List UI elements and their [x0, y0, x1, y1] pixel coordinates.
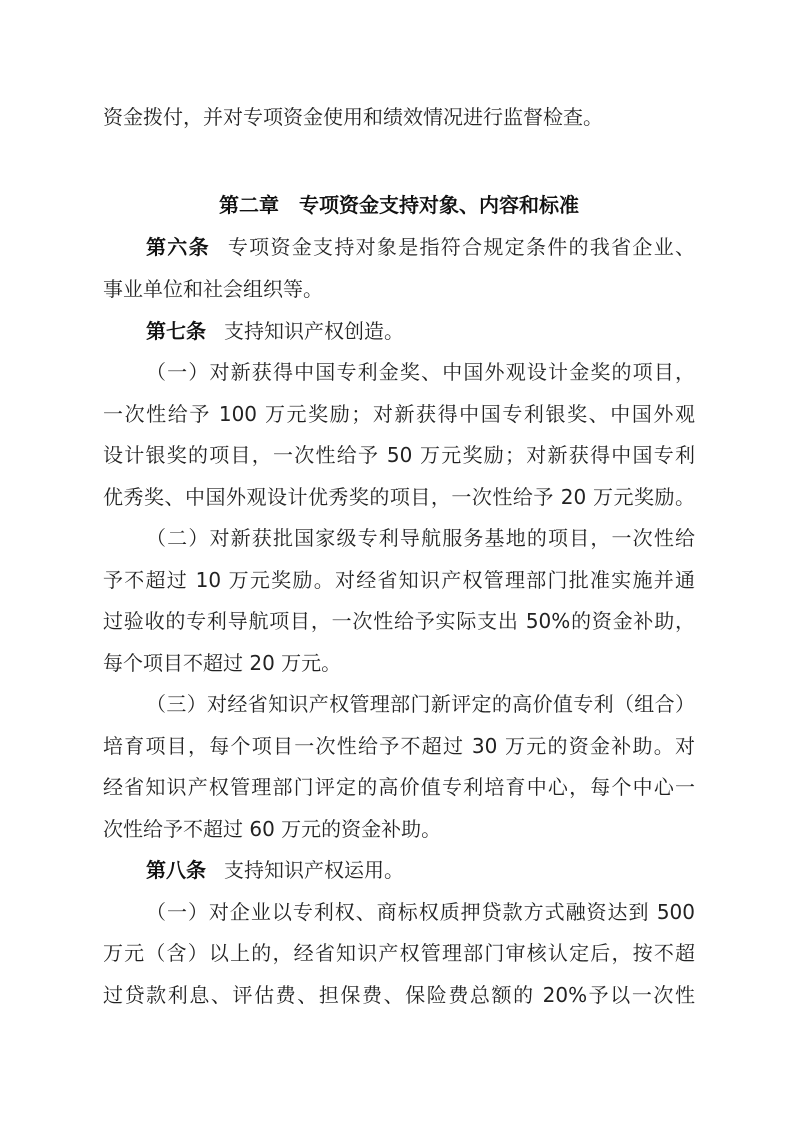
- paragraph-text: 资金拨付，并对专项资金使用和绩效情况进行监督检查。: [103, 105, 603, 129]
- item-text: 经省知识产权管理部门评定的高价值专利培育中心，每个中心一: [103, 775, 695, 799]
- paragraph-continuation: 资金拨付，并对专项资金使用和绩效情况进行监督检查。: [103, 103, 695, 131]
- article-8-line-1: 第八条支持知识产权运用。: [103, 856, 695, 884]
- article-8-label: 第八条: [146, 858, 206, 882]
- item-text: 每个项目不超过 20 万元。: [103, 651, 341, 675]
- chapter-heading: 第二章 专项资金支持对象、内容和标准: [103, 191, 695, 219]
- article-7-item-1-line-1: （一）对新获得中国专利金奖、中国外观设计金奖的项目，: [103, 358, 695, 386]
- item-text: 一次性给予 100 万元奖励；对新获得中国专利银奖、中国外观: [103, 402, 695, 426]
- article-8-item-1-line-2: 万元（含）以上的，经省知识产权管理部门审核认定后，按不超: [103, 939, 695, 967]
- chapter-title: 第二章 专项资金支持对象、内容和标准: [219, 193, 579, 217]
- article-7-item-2-line-2: 予不超过 10 万元奖励。对经省知识产权管理部门批准实施并通: [103, 566, 695, 594]
- article-7-item-3-line-2: 培育项目，每个项目一次性给予不超过 30 万元的资金补助。对: [103, 732, 695, 760]
- article-7-item-2-line-3: 过验收的专利导航项目，一次性给予实际支出 50%的资金补助，: [103, 607, 695, 635]
- article-7-item-3-line-4: 次性给予不超过 60 万元的资金补助。: [103, 815, 695, 843]
- item-text: 次性给予不超过 60 万元的资金补助。: [103, 817, 441, 841]
- article-7-item-3-line-3: 经省知识产权管理部门评定的高价值专利培育中心，每个中心一: [103, 773, 695, 801]
- item-text: （二）对新获批国家级专利导航服务基地的项目，一次性给: [146, 526, 695, 550]
- article-7-line-1: 第七条支持知识产权创造。: [103, 317, 695, 345]
- article-7-item-1-line-2: 一次性给予 100 万元奖励；对新获得中国专利银奖、中国外观: [103, 400, 695, 428]
- item-text: （三）对经省知识产权管理部门新评定的高价值专利（组合）: [146, 692, 695, 716]
- article-6-label: 第六条: [146, 235, 210, 259]
- item-text: （一）对企业以专利权、商标权质押贷款方式融资达到 500: [146, 900, 695, 924]
- item-text: 过验收的专利导航项目，一次性给予实际支出 50%的资金补助，: [103, 609, 695, 633]
- item-text: 设计银奖的项目，一次性给予 50 万元奖励；对新获得中国专利: [103, 443, 695, 467]
- article-7-item-1-line-4: 优秀奖、中国外观设计优秀奖的项目，一次性给予 20 万元奖励。: [103, 483, 695, 511]
- article-7-text: 支持知识产权创造。: [224, 319, 404, 343]
- item-text: 予不超过 10 万元奖励。对经省知识产权管理部门批准实施并通: [103, 568, 695, 592]
- item-text: 万元（含）以上的，经省知识产权管理部门审核认定后，按不超: [103, 941, 695, 965]
- article-7-item-1-line-3: 设计银奖的项目，一次性给予 50 万元奖励；对新获得中国专利: [103, 441, 695, 469]
- article-6-line-2: 事业单位和社会组织等。: [103, 275, 695, 303]
- article-7-item-3-line-1: （三）对经省知识产权管理部门新评定的高价值专利（组合）: [103, 690, 695, 718]
- item-text: 优秀奖、中国外观设计优秀奖的项目，一次性给予 20 万元奖励。: [103, 485, 695, 509]
- article-7-label: 第七条: [146, 319, 206, 343]
- article-6-text: 专项资金支持对象是指符合规定条件的我省企业、: [228, 235, 695, 259]
- article-8-item-1-line-3: 过贷款利息、评估费、担保费、保险费总额的 20%予以一次性: [103, 981, 695, 1009]
- article-7-item-2-line-4: 每个项目不超过 20 万元。: [103, 649, 695, 677]
- article-8-text: 支持知识产权运用。: [224, 858, 404, 882]
- item-text: 过贷款利息、评估费、担保费、保险费总额的 20%予以一次性: [103, 983, 695, 1007]
- item-text: （一）对新获得中国专利金奖、中国外观设计金奖的项目，: [146, 360, 695, 384]
- article-7-item-2-line-1: （二）对新获批国家级专利导航服务基地的项目，一次性给: [103, 524, 695, 552]
- article-8-item-1-line-1: （一）对企业以专利权、商标权质押贷款方式融资达到 500: [103, 898, 695, 926]
- article-6-text-cont: 事业单位和社会组织等。: [103, 277, 323, 301]
- article-6-line-1: 第六条专项资金支持对象是指符合规定条件的我省企业、: [103, 233, 695, 261]
- item-text: 培育项目，每个项目一次性给予不超过 30 万元的资金补助。对: [103, 734, 695, 758]
